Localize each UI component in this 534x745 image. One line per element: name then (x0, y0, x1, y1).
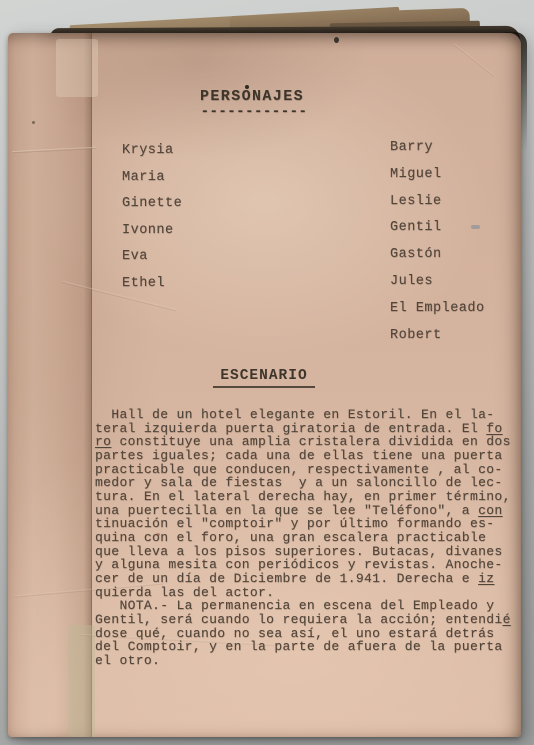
body-line: Hall de un hotel elegante en Estoril. En… (95, 408, 511, 422)
body-line: NOTA.- La permanencia en escena del Empl… (95, 599, 511, 613)
characters-right-column: BarryMiguelLeslieGentilGastónJulesEl Emp… (390, 135, 485, 349)
script-page: PERSONAJES ------------ KrysiaMariaGinet… (8, 33, 521, 737)
character-name: Jules (390, 269, 485, 296)
character-name: Ethel (122, 271, 182, 298)
characters-left-column: KrysiaMariaGinetteIvonneEvaEthel (122, 138, 182, 298)
character-name: Ginette (122, 191, 182, 218)
paper-patch-top (56, 39, 98, 97)
character-name: Krysia (122, 138, 182, 165)
body-line: partes iguales; cada una de ellas tiene … (95, 449, 511, 463)
character-name: Ivonne (122, 218, 182, 245)
character-name: El Empleado (390, 296, 485, 323)
body-line: y alguna mesita con periódicos y revista… (95, 558, 511, 572)
paper-patch-bottom (68, 625, 95, 737)
body-line: que lleva a los pisos superiores. Butaca… (95, 545, 511, 559)
body-line: tinuación el "comptoir" y por último for… (95, 517, 511, 531)
body-line: cer de un día de Diciembre de 1.941. Der… (95, 572, 511, 586)
character-name: Robert (390, 323, 485, 350)
body-line: practicable que conducen, respectivament… (95, 463, 511, 477)
character-name: Leslie (390, 189, 485, 216)
body-line: teral izquierda puerta giratoria de entr… (95, 422, 511, 436)
paper-crease (453, 43, 495, 77)
body-line: dose qué, cuando no sea así, el uno esta… (95, 627, 511, 641)
character-name: Gastón (390, 242, 485, 269)
body-line: Gentil, será cuando lo requiera la acció… (95, 613, 511, 627)
body-line: una puertecilla en la que se lee "Teléfo… (95, 504, 511, 518)
body-line: tura. En el lateral derecha hay, en prim… (95, 490, 511, 504)
scenario-heading: ESCENARIO (213, 368, 314, 388)
body-line: el otro. (95, 654, 511, 668)
body-line: quierda las del actor. (95, 586, 511, 600)
page-title: PERSONAJES (196, 88, 308, 105)
character-name: Barry (390, 135, 485, 162)
body-line: medor y sala de fiestas y a un saloncill… (95, 476, 511, 490)
ink-speck (32, 121, 35, 124)
character-name: Maria (122, 165, 182, 192)
body-line: del Comptoir, y en la parte de afuera de… (95, 640, 511, 654)
character-name: Gentil (390, 215, 485, 242)
scenario-heading-wrap: ESCENARIO (206, 366, 322, 388)
scanned-document: PERSONAJES ------------ KrysiaMariaGinet… (0, 0, 534, 745)
body-line: quina con el foro, una gran escalera pra… (95, 531, 511, 545)
character-name: Miguel (390, 162, 485, 189)
ink-speck (334, 37, 339, 43)
title-underline: ------------ (198, 104, 310, 120)
scenario-body: Hall de un hotel elegante en Estoril. En… (95, 408, 511, 667)
body-line: ro constituye una amplia cristalera divi… (95, 435, 511, 449)
character-name: Eva (122, 244, 182, 271)
